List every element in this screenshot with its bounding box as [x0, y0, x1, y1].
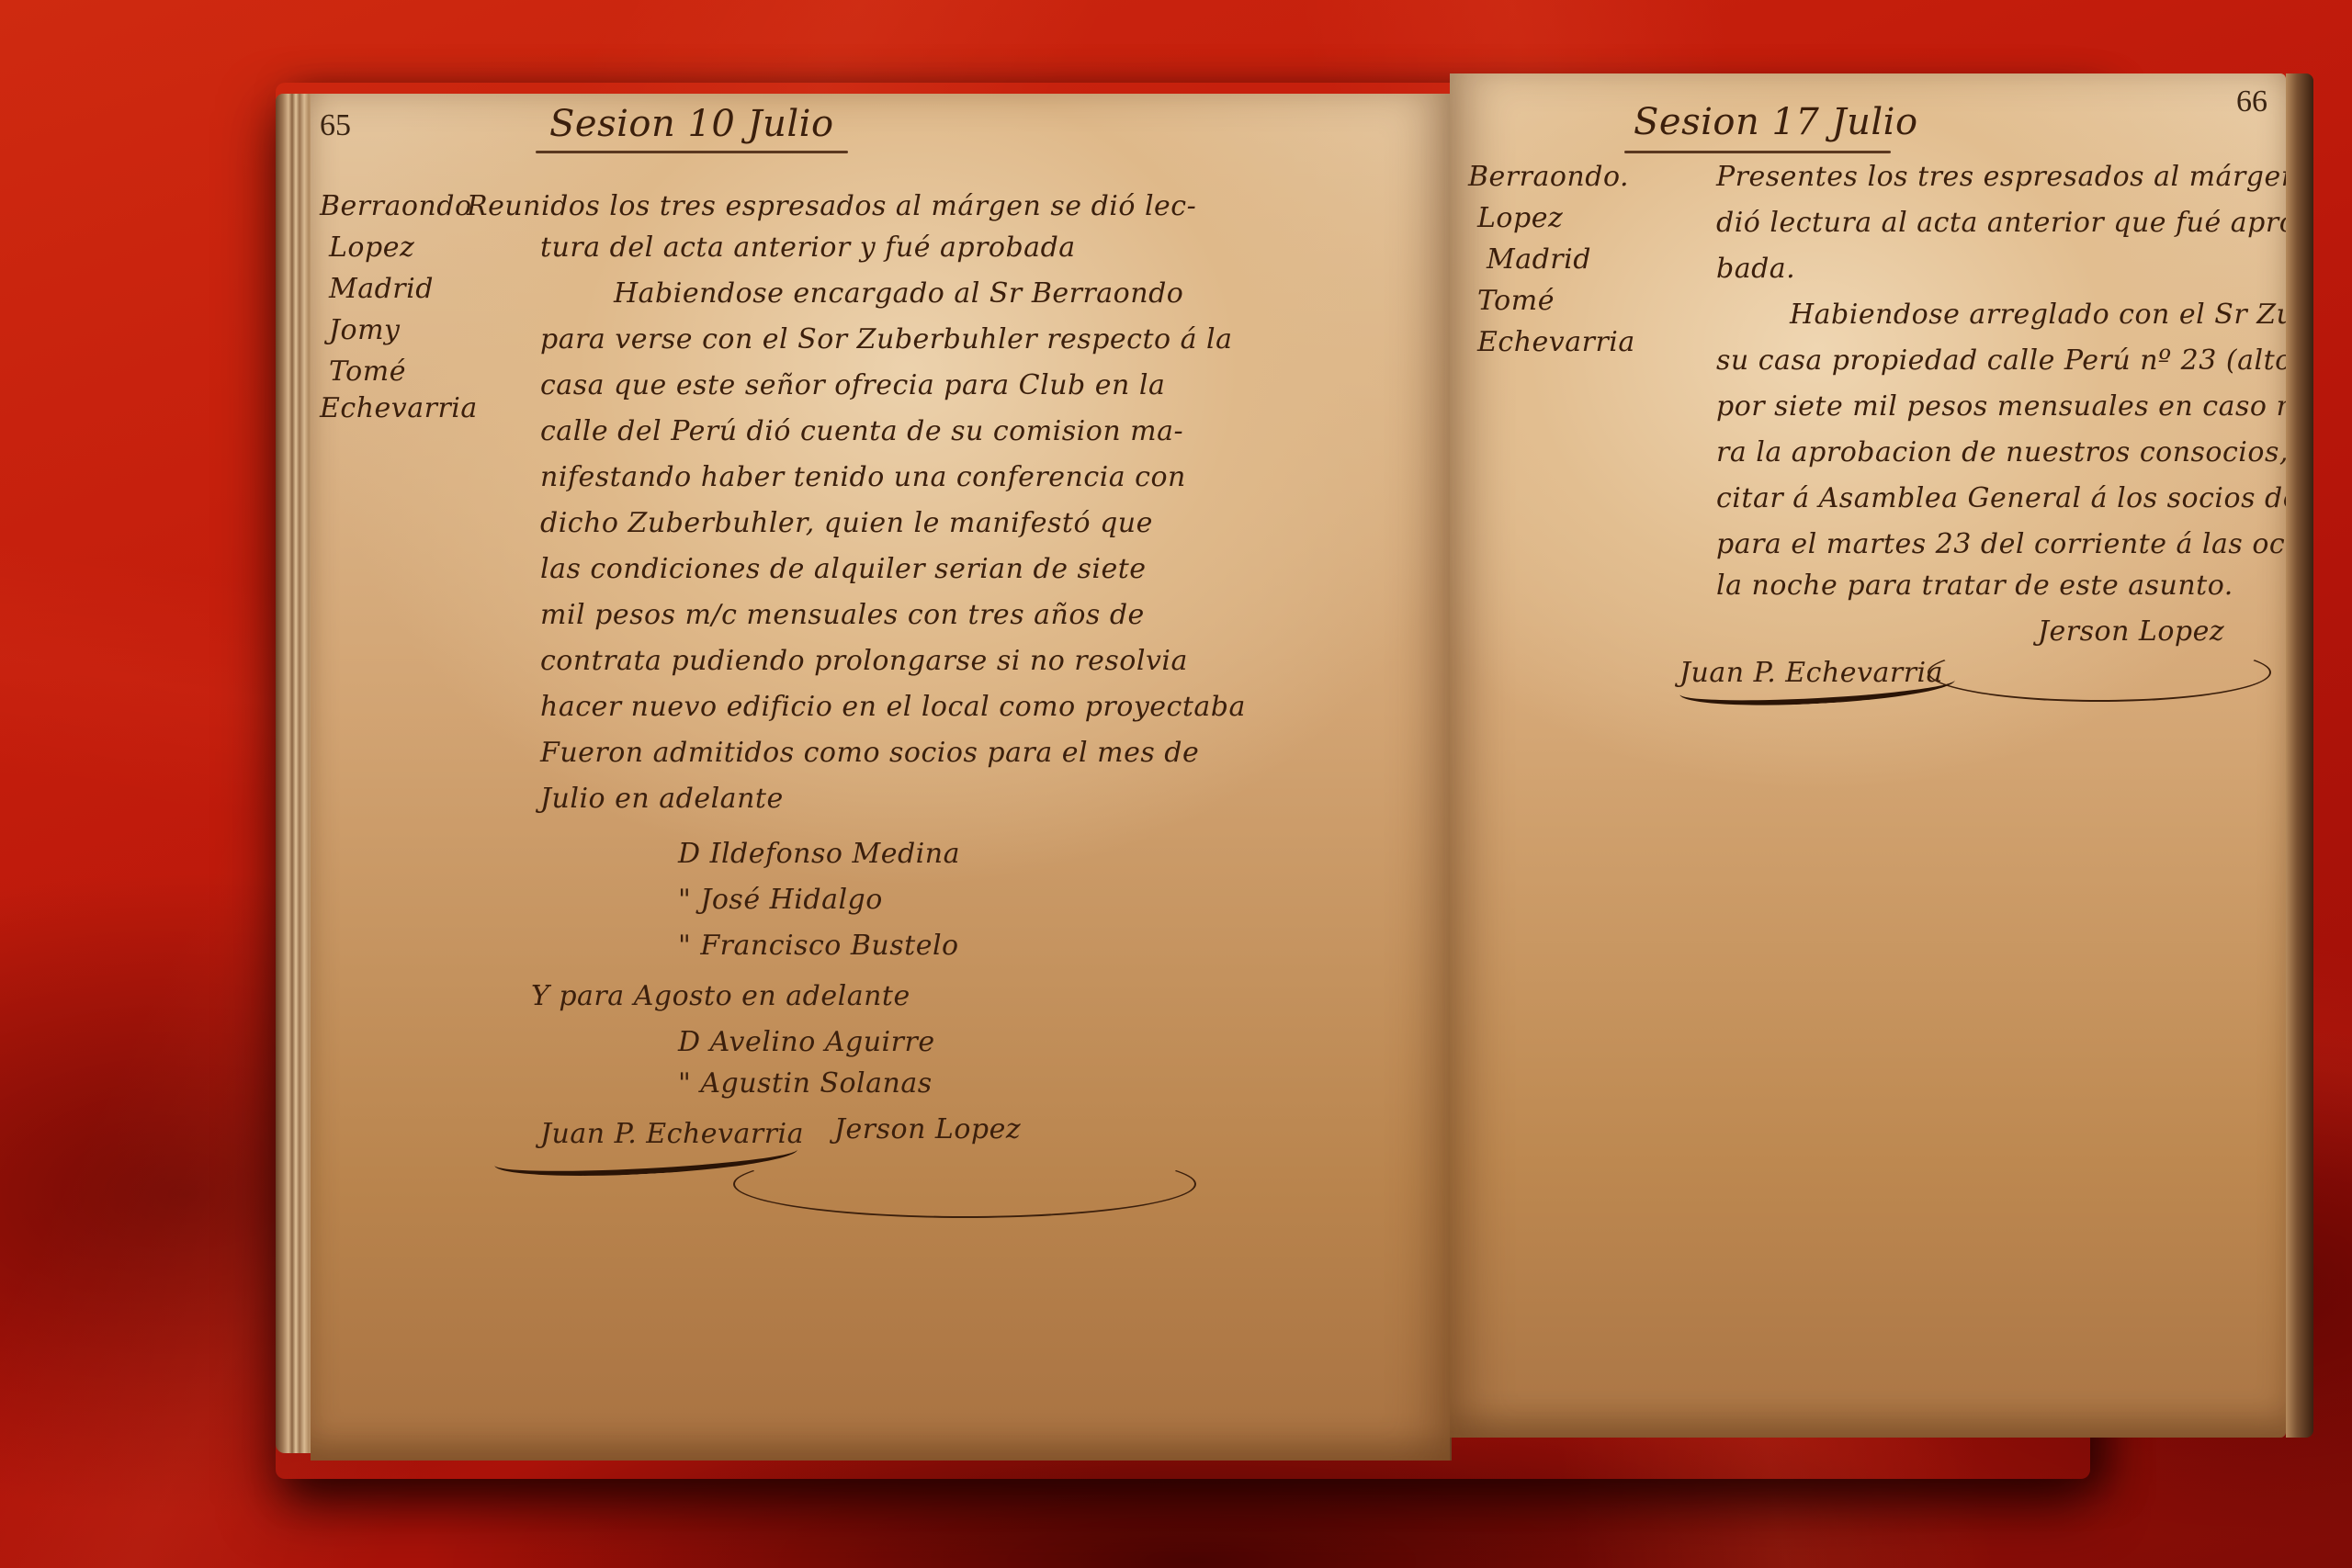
text-line: mil pesos m/c mensuales con tres años de — [540, 599, 1145, 631]
margin-name: Berraondo — [320, 190, 472, 222]
margin-name: Tomé — [329, 355, 406, 388]
text-line: dió lectura al acta anterior que fué apr… — [1716, 207, 2286, 239]
text-line: Habiendose arreglado con el Sr Zuberbuhl… — [1790, 299, 2286, 331]
page-number: 65 — [320, 108, 351, 143]
margin-name: Echevarria — [1477, 326, 1635, 358]
left-page: 65 Sesion 10 Julio Berraondo Lopez Madri… — [311, 94, 1452, 1461]
text-line: citar á Asamblea General á los socios de… — [1716, 482, 2286, 514]
text-line: contrata pudiendo prolongarse si no reso… — [540, 645, 1188, 677]
open-ledger-book: 65 Sesion 10 Julio Berraondo Lopez Madri… — [276, 57, 2076, 1461]
text-line: hacer nuevo edificio en el local como pr… — [540, 691, 1246, 723]
signature-flourish — [733, 1150, 1196, 1218]
member-name: D Avelino Aguirre — [678, 1026, 935, 1058]
member-name: D Ildefonso Medina — [678, 838, 960, 870]
text-line: Presentes los tres espresados al márgen … — [1716, 161, 2286, 193]
page-number: 66 — [2236, 85, 2267, 119]
margin-name: Lopez — [329, 231, 414, 264]
margin-name: Jomy — [329, 314, 400, 346]
member-name: " José Hidalgo — [678, 884, 883, 916]
margin-name: Berraondo. — [1468, 161, 1629, 193]
margin-name: Madrid — [1487, 243, 1591, 276]
text-line: Reunidos los tres espresados al márgen s… — [467, 190, 1196, 222]
member-name: " Agustin Solanas — [678, 1067, 933, 1100]
session-heading: Sesion 17 Julio — [1634, 101, 1918, 143]
text-line: ra la aprobacion de nuestros consocios, … — [1716, 436, 2286, 468]
text-line: calle del Perú dió cuenta de su comision… — [540, 415, 1183, 447]
text-line: su casa propiedad calle Perú nº 23 (alto… — [1716, 344, 2286, 377]
signature: Jerson Lopez — [834, 1113, 1021, 1145]
text-line: Julio en adelante — [540, 783, 784, 815]
text-line: las condiciones de alquiler serian de si… — [540, 553, 1147, 585]
right-page: 66 Sesion 17 Julio Berraondo. Lopez Madr… — [1450, 73, 2286, 1438]
text-line: nifestando haber tenido una conferencia … — [540, 461, 1186, 493]
signature-flourish — [1928, 643, 2271, 702]
text-line: Habiendose encargado al Sr Berraondo — [614, 277, 1183, 310]
text-line: Fueron admitidos como socios para el mes… — [540, 737, 1199, 769]
text-line: bada. — [1716, 253, 1795, 285]
text-line: la noche para tratar de este asunto. — [1716, 570, 2233, 602]
text-line: para el martes 23 del corriente á las oc… — [1716, 528, 2286, 560]
margin-name: Echevarria — [320, 392, 478, 424]
margin-name: Madrid — [329, 273, 434, 305]
text-line: tura del acta anterior y fué aprobada — [540, 231, 1076, 264]
margin-name: Tomé — [1477, 285, 1555, 317]
margin-name: Lopez — [1477, 202, 1563, 234]
text-line: por siete mil pesos mensuales en caso me… — [1716, 390, 2286, 423]
text-line: casa que este señor ofrecia para Club en… — [540, 369, 1165, 401]
text-line: dicho Zuberbuhler, quien le manifestó qu… — [540, 507, 1153, 539]
heading-underline — [1624, 151, 1891, 153]
heading-underline — [536, 151, 848, 153]
member-name: " Francisco Bustelo — [678, 930, 959, 962]
text-line: para verse con el Sor Zuberbuhler respec… — [540, 323, 1233, 355]
august-intro: Y para Agosto en adelante — [531, 980, 910, 1012]
session-heading: Sesion 10 Julio — [549, 103, 834, 145]
page-stack-edge — [2286, 73, 2313, 1438]
